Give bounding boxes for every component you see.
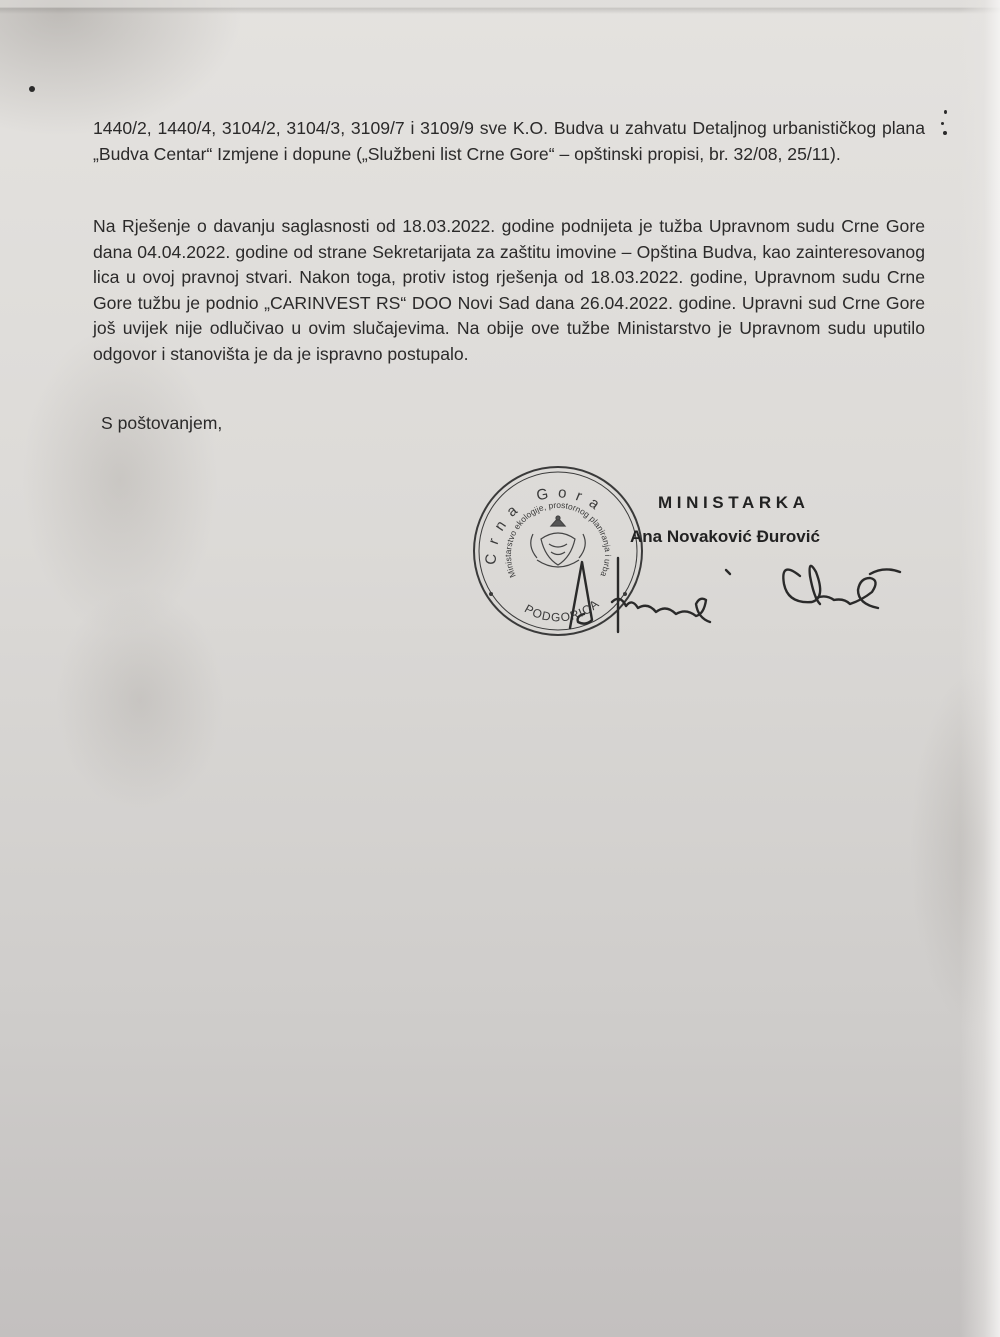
paper-background: [0, 0, 1000, 1337]
paragraph-cadastral-parcels: 1440/2, 1440/4, 3104/2, 3104/3, 3109/7 i…: [93, 116, 925, 167]
signatory-role: MINISTARKA: [658, 493, 809, 513]
ink-speck: [941, 122, 944, 125]
ink-speck: [29, 86, 35, 92]
paper-edge-highlight: [960, 0, 1000, 1337]
paragraph-lawsuit-status: Na Rješenje o davanju saglasnosti od 18.…: [93, 214, 925, 367]
closing-salutation: S poštovanjem,: [101, 411, 222, 437]
ink-speck: [944, 110, 947, 114]
handwritten-signature: [540, 540, 930, 640]
ink-speck: [943, 131, 947, 135]
paper-fold-shadow: [0, 0, 1000, 14]
